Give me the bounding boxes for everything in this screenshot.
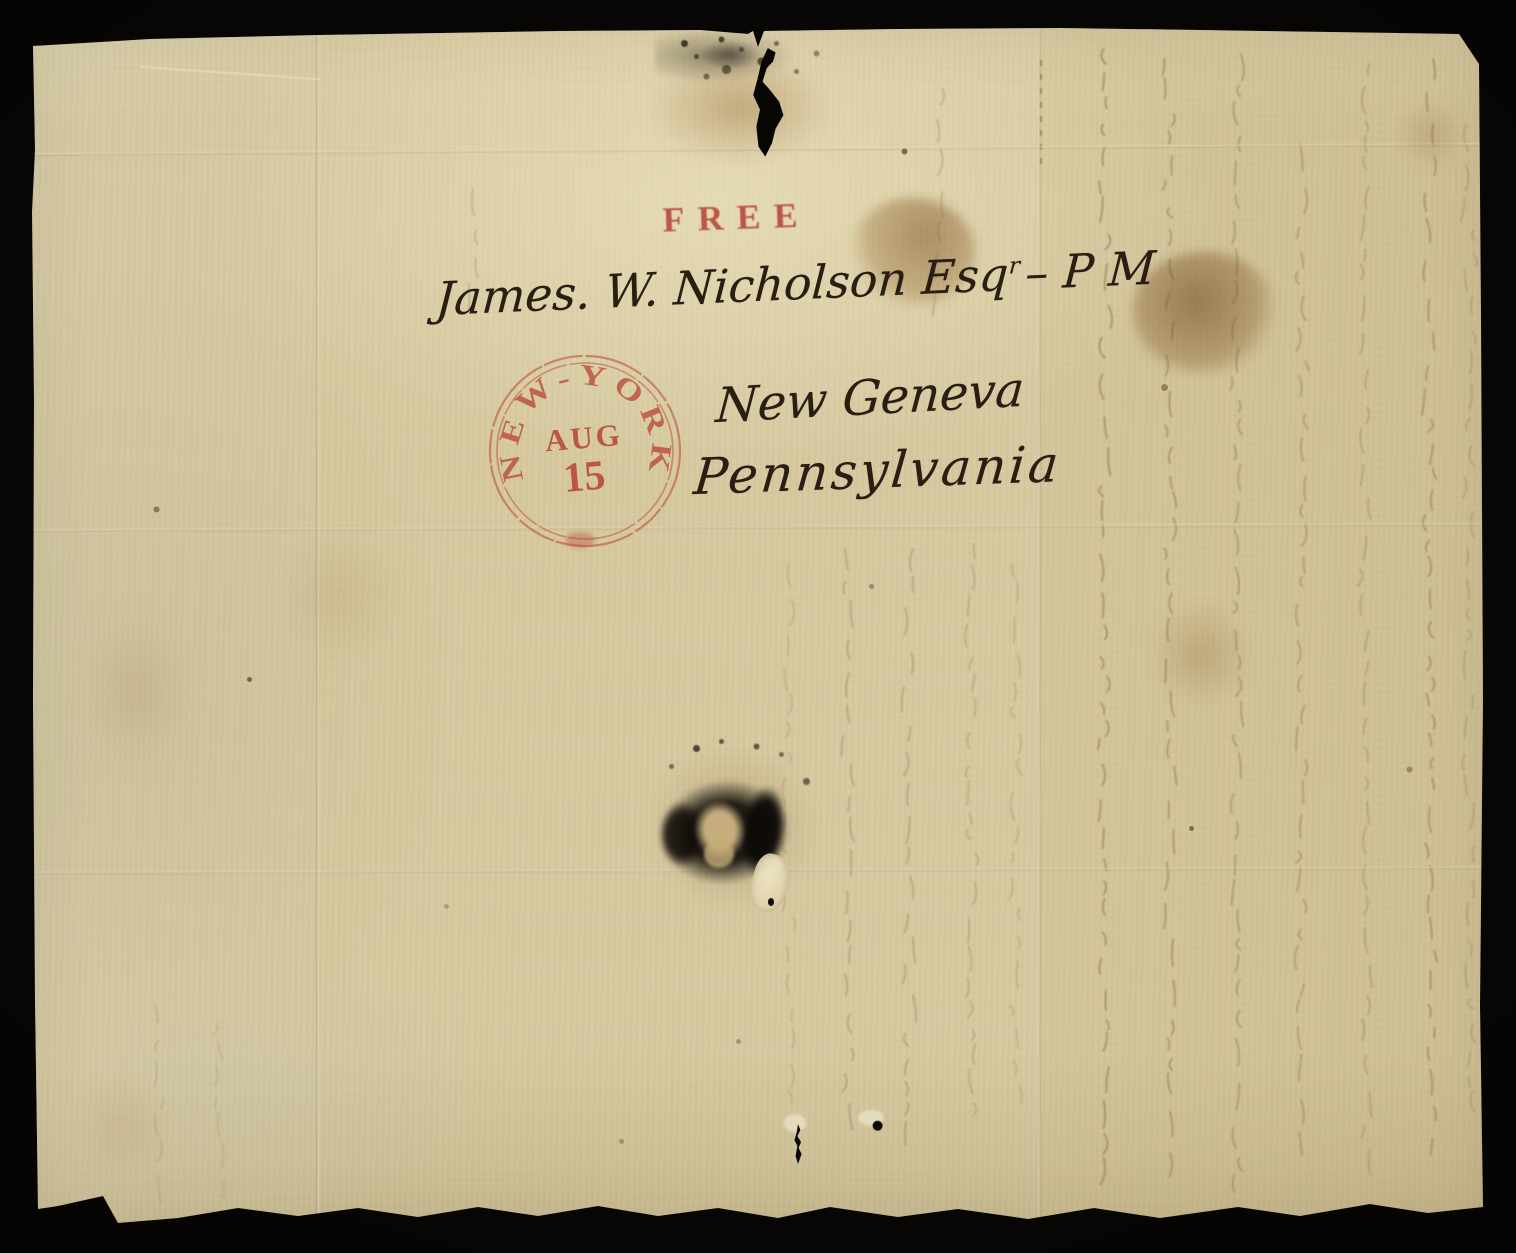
address-line-3: Pennsylvania bbox=[691, 435, 1063, 506]
wax-seal-remnant bbox=[652, 762, 822, 912]
bleed-through-column bbox=[1292, 140, 1316, 1180]
seal-paper-show-through bbox=[704, 840, 734, 868]
bleed-through-column bbox=[962, 540, 986, 1140]
bleed-through-column bbox=[1460, 120, 1484, 1120]
address-line-1: James. W. Nicholson Esqr– P M bbox=[434, 240, 1157, 326]
free-frank-stamp: FREE bbox=[662, 195, 812, 240]
stain bbox=[74, 1078, 169, 1178]
paper-dent bbox=[784, 1114, 806, 1132]
stain bbox=[82, 618, 192, 763]
bleed-through-column bbox=[1095, 45, 1119, 1185]
bleed-through-column bbox=[1006, 560, 1030, 1115]
bleed-through-column bbox=[210, 1020, 234, 1200]
foxing-spots bbox=[0, 0, 3, 3]
ink-speckles bbox=[665, 30, 668, 33]
postmark-smudge bbox=[565, 532, 595, 548]
fold-crease-horizontal-middle bbox=[33, 523, 1481, 532]
left-fold-panel bbox=[33, 30, 318, 1220]
fold-crease-stain bbox=[1040, 60, 1042, 170]
bleed-through-column bbox=[1356, 60, 1380, 1180]
postmark-day: 15 bbox=[561, 452, 607, 501]
letter-sheet: FREE NEW-YORK AUG 15 James. W. Nicholson… bbox=[0, 0, 1516, 1253]
ink-speckles bbox=[660, 735, 663, 738]
scan-background: FREE NEW-YORK AUG 15 James. W. Nicholson… bbox=[0, 0, 1516, 1253]
superscript-r: r bbox=[1008, 253, 1021, 280]
bleed-through-column bbox=[838, 545, 862, 1145]
stain bbox=[648, 50, 833, 165]
seal-ink-dot bbox=[768, 898, 774, 906]
fold-crease-vertical-right bbox=[1038, 28, 1041, 1216]
stain bbox=[278, 528, 403, 663]
bleed-through-column bbox=[1421, 55, 1445, 1155]
stain bbox=[1148, 598, 1253, 710]
small-tear bbox=[868, 1118, 884, 1132]
new-york-postmark: NEW-YORK AUG 15 bbox=[486, 352, 684, 550]
fold-crease-diagonal bbox=[140, 66, 320, 81]
bleed-through-column bbox=[900, 545, 924, 1160]
stain bbox=[1395, 100, 1465, 170]
address-line-2: New Geneva bbox=[714, 362, 1026, 434]
postmark-month: AUG bbox=[544, 417, 625, 459]
